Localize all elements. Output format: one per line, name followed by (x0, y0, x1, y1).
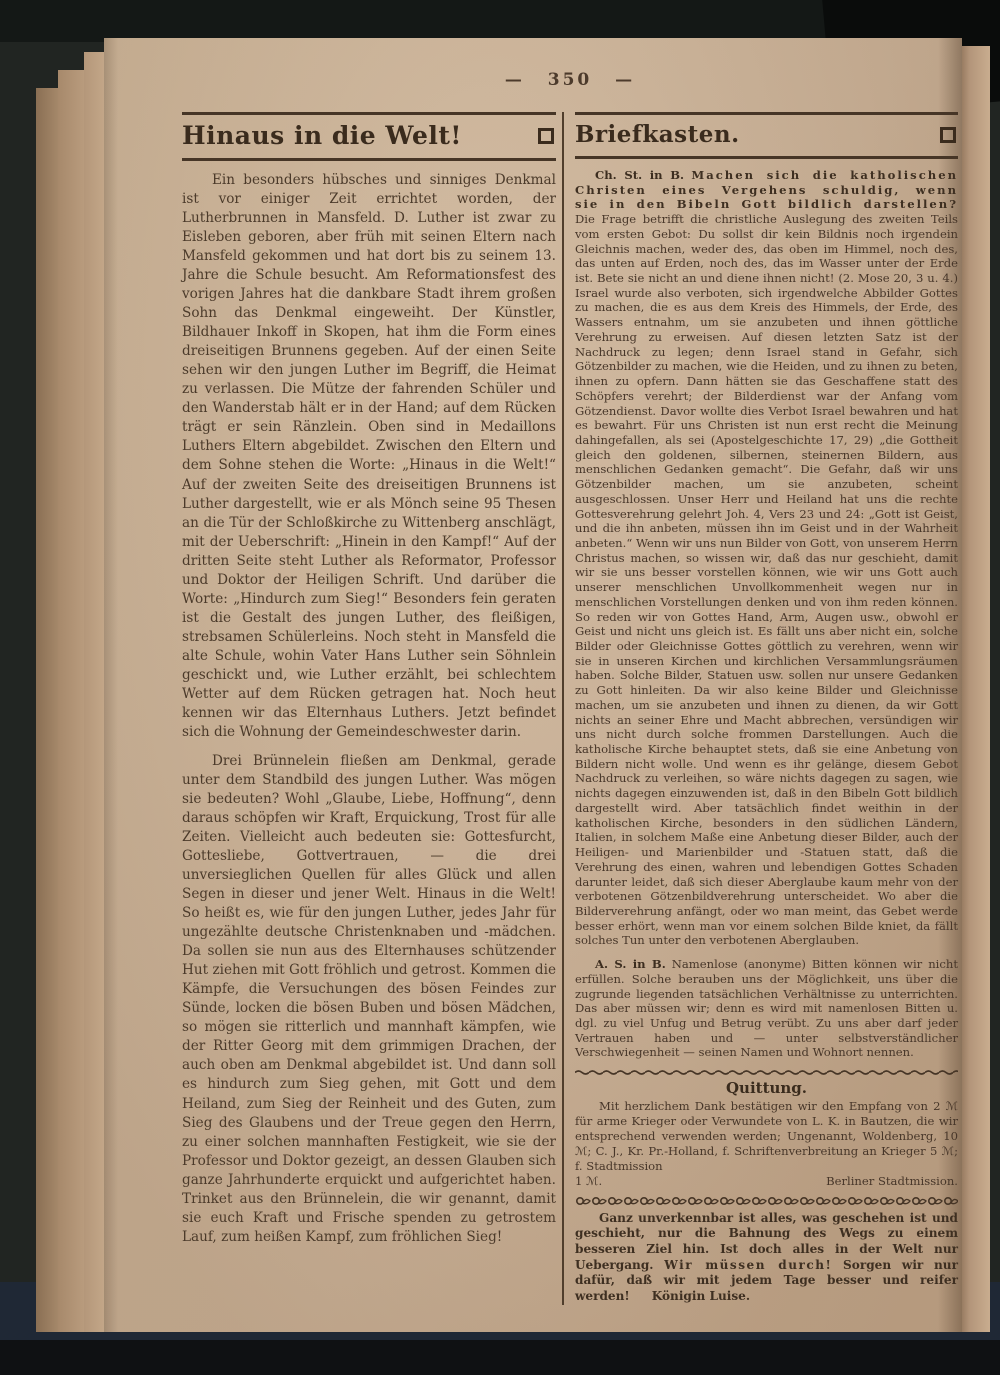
briefkasten-entry: Ch. St. in B. Machen sich die katholisch… (575, 168, 958, 948)
page-shading (104, 38, 118, 1332)
quittung-last-line: 1 ℳ. Berliner Stadtmission. (575, 1174, 958, 1189)
quittung-title: Quittung. (575, 1079, 958, 1097)
quittung-signature: Berliner Stadtmission. (826, 1174, 958, 1189)
entry-body: Namenlose (anonyme) Bitten können wir ni… (575, 957, 958, 1059)
entry-body: Die Frage betrifft die christliche Ausle… (575, 212, 958, 947)
quittung-section: Quittung. Mit herzlichem Dank bestätigen… (575, 1069, 958, 1189)
article-header: Hinaus in die Welt! (182, 112, 556, 161)
wavy-rule-icon (575, 1069, 958, 1076)
closing-quote: Ganz unverkennbar ist alles, was gescheh… (575, 1211, 958, 1305)
article-paragraph: Ein besonders hübsches und sinniges Denk… (182, 171, 556, 742)
entry-addressee: Ch. St. in B. (595, 168, 684, 182)
section-ornament-square-icon (538, 128, 554, 144)
briefkasten-header: Briefkasten. (575, 112, 958, 159)
briefkasten-entry: A. S. in B. Namenlose (anonyme) Bitten k… (575, 957, 958, 1060)
article-column: Hinaus in die Welt! Ein besonders hübsch… (182, 112, 556, 1305)
page-content: — 350 — Hinaus in die Welt! Ein besonder… (182, 38, 958, 1305)
article-title: Hinaus in die Welt! (182, 121, 462, 150)
briefkasten-column: Briefkasten. Ch. St. in B. Machen sich d… (575, 112, 958, 1305)
page-number: — 350 — (182, 70, 958, 94)
book-page: — 350 — Hinaus in die Welt! Ein besonder… (104, 38, 962, 1332)
closing-emphasis: Wir müssen durch! (664, 1258, 832, 1272)
scanned-book-page: — 350 — Hinaus in die Welt! Ein besonder… (0, 0, 1000, 1375)
briefkasten-title: Briefkasten. (575, 121, 740, 148)
quittung-amount: 1 ℳ. (575, 1174, 602, 1189)
entry-addressee: A. S. in B. (595, 957, 666, 971)
chain-ornament-border-icon (575, 1195, 958, 1207)
column-divider (562, 112, 564, 1305)
section-ornament-square-icon (940, 127, 956, 143)
closing-attribution: Königin Luise. (652, 1289, 750, 1303)
two-column-layout: Hinaus in die Welt! Ein besonders hübsch… (182, 112, 958, 1305)
backdrop-bottom-band (0, 1340, 1000, 1375)
article-paragraph: Drei Brünnelein fließen am Denkmal, gera… (182, 752, 556, 1247)
quittung-body: Mit herzlichem Dank bestätigen wir den E… (575, 1099, 958, 1174)
